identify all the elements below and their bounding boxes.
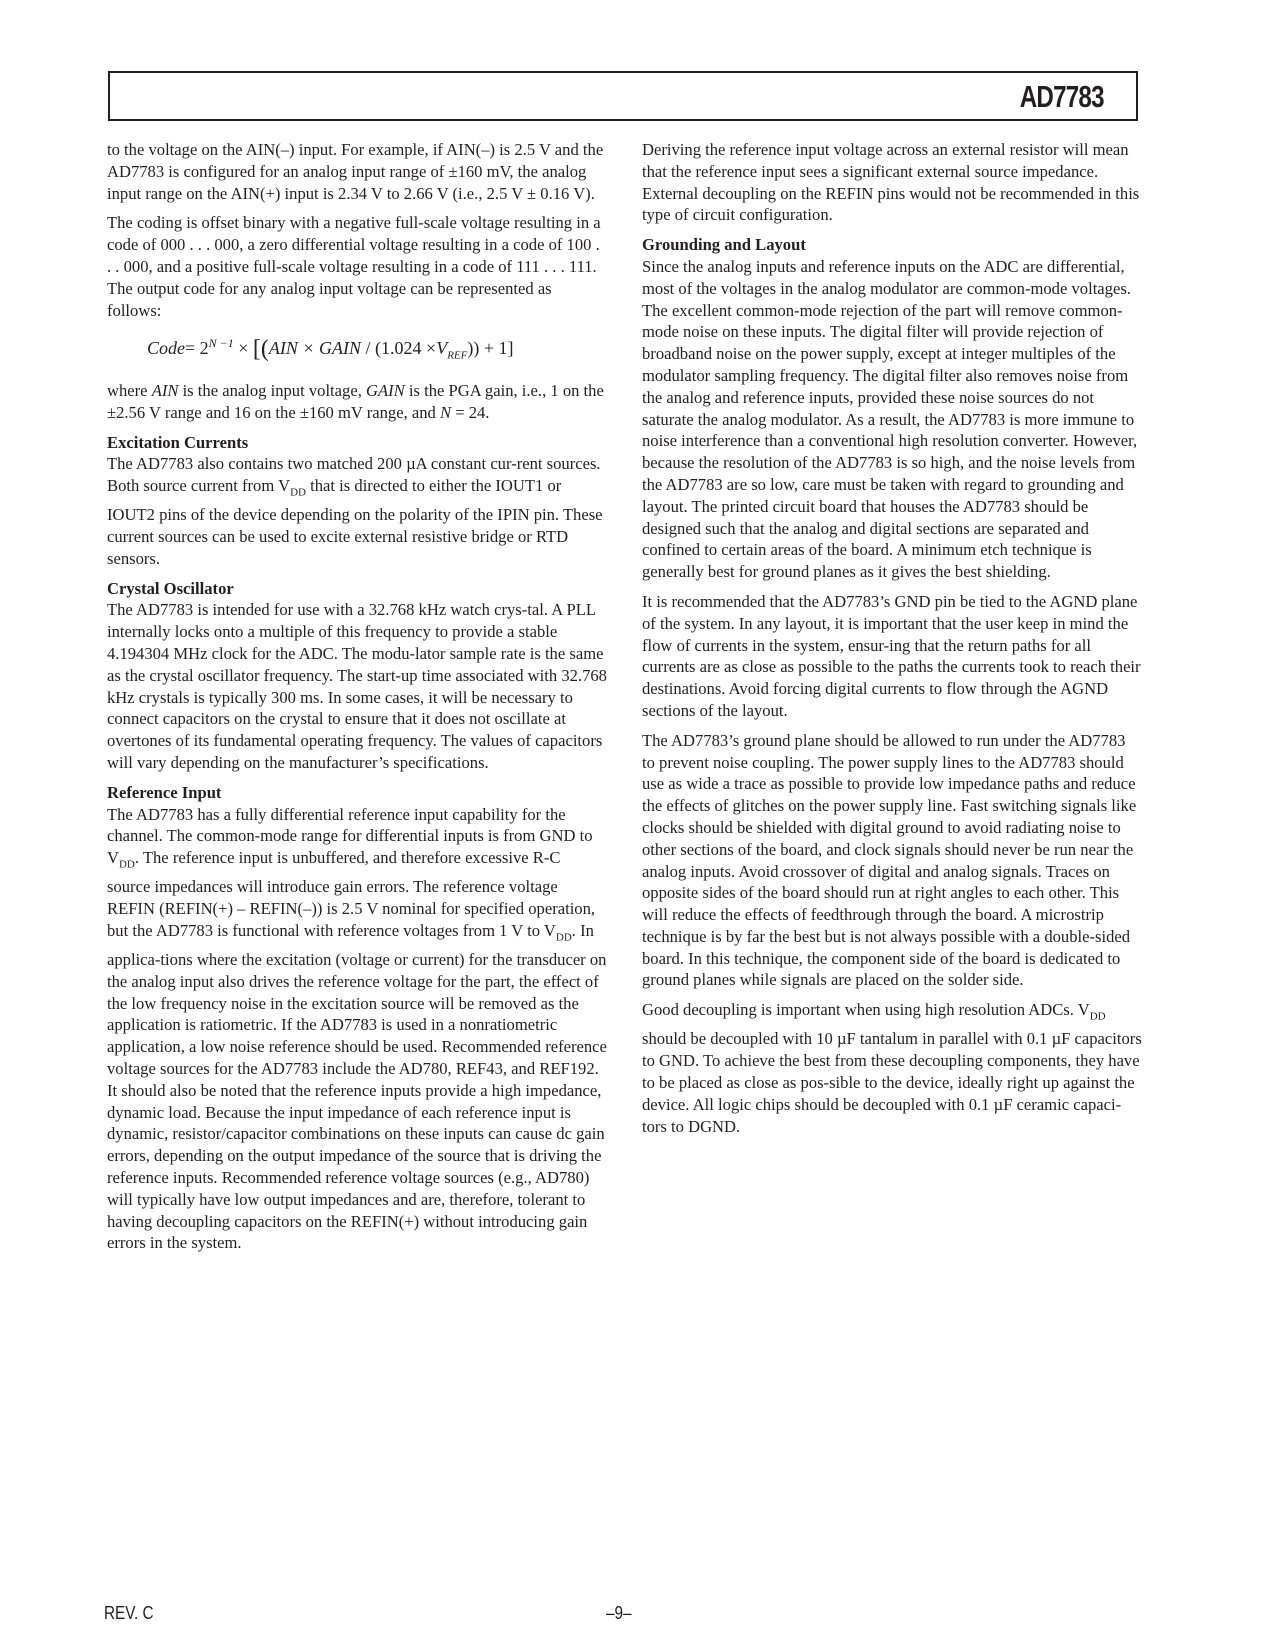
section-grounding-layout: Grounding and Layout Since the analog in… xyxy=(642,234,1142,583)
left-column: to the voltage on the AIN(–) input. For … xyxy=(107,139,607,1262)
excitation-text: The AD7783 also contains two matched 200… xyxy=(107,453,607,569)
heading-excitation-currents: Excitation Currents xyxy=(107,432,607,454)
section-reference-input: Reference Input The AD7783 has a fully d… xyxy=(107,782,607,1254)
heading-grounding-layout: Grounding and Layout xyxy=(642,234,1142,256)
paragraph-gnd-pin: It is recommended that the AD7783’s GND … xyxy=(642,591,1142,722)
heading-reference-input: Reference Input xyxy=(107,782,607,804)
heading-crystal-oscillator: Crystal Oscillator xyxy=(107,578,607,600)
page-number: –9– xyxy=(606,1603,632,1624)
paragraph-where: where AIN is the analog input voltage, G… xyxy=(107,380,607,424)
paragraph-coding: The coding is offset binary with a negat… xyxy=(107,212,607,321)
reference-text: The AD7783 has a fully differential refe… xyxy=(107,804,607,1255)
crystal-text: The AD7783 is intended for use with a 32… xyxy=(107,599,607,773)
section-excitation-currents: Excitation Currents The AD7783 also cont… xyxy=(107,432,607,570)
paragraph-deriving-reference: Deriving the reference input voltage acr… xyxy=(642,139,1142,226)
paragraph-ground-plane: The AD7783’s ground plane should be allo… xyxy=(642,730,1142,992)
part-number: AD7783 xyxy=(1020,79,1104,115)
paragraph-ain-range: to the voltage on the AIN(–) input. For … xyxy=(107,139,607,204)
grounding-text: Since the analog inputs and reference in… xyxy=(642,256,1142,583)
code-equation: Code= 2N −1 × [(AIN × GAIN / (1.024 ×VRE… xyxy=(147,329,607,370)
right-column: Deriving the reference input voltage acr… xyxy=(642,139,1142,1145)
header-box: AD7783 xyxy=(108,71,1138,121)
paragraph-decoupling: Good decoupling is important when using … xyxy=(642,999,1142,1137)
section-crystal-oscillator: Crystal Oscillator The AD7783 is intende… xyxy=(107,578,607,774)
revision-label: REV. C xyxy=(104,1603,154,1624)
